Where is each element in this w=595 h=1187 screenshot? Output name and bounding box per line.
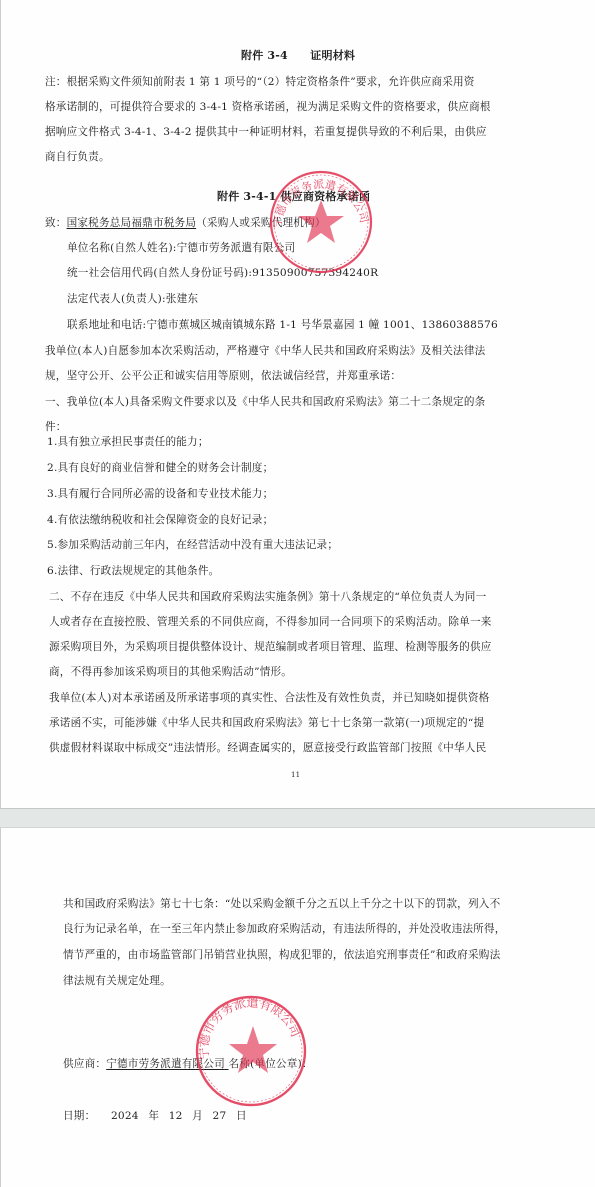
supplier-signature-line: 供应商：宁德市劳务派遣有限公司 名称(单位公章)：: [63, 1057, 313, 1071]
recipient-line: 致：国家税务总局福鼎市税务局（采购人或采购代理机构）: [45, 216, 326, 230]
section-1-line: 件：: [45, 420, 67, 434]
recipient-name: 国家税务总局福鼎市税务局: [67, 217, 197, 229]
condition-item: 1.具有独立承担民事责任的能力；: [47, 435, 209, 449]
legal-representative-field: 法定代表人(负责人):张建东: [67, 292, 198, 306]
closing-line: 我单位(本人)对本承诺函及所承诺事项的真实性、合法性及有效性负责，并已知晓如提供…: [49, 691, 489, 705]
attachment-heading: 附件 3-4 证明材料: [241, 49, 355, 63]
continuation-line: 情节严重的，由市场监管部门吊销营业执照，构成犯罪的，依法追究刑事责任”和政府采购…: [63, 948, 500, 962]
credit-code-field: 统一社会信用代码(自然人身份证号码):91350900757394240R: [67, 266, 378, 280]
svg-text:宁德市劳务派遣有限公司: 宁德市劳务派遣有限公司: [197, 995, 303, 1060]
date-day-unit: 日: [236, 1110, 247, 1122]
section-1-line: 一、我单位(本人)具备采购文件要求以及《中华人民共和国政府采购法》第二十二条规定…: [45, 395, 485, 409]
commitment-letter-heading: 附件 3-4-1 供应商资格承诺函: [217, 190, 370, 204]
condition-item: 2.具有良好的商业信誉和健全的财务会计制度；: [47, 461, 273, 475]
date-year: 2024: [111, 1110, 139, 1122]
supplier-name: 宁德市劳务派遣有限公司: [106, 1058, 225, 1070]
closing-line: 承诺函不实，可能涉嫌《中华人民共和国政府采购法》第七十七条第一款第(一)项规定的…: [49, 716, 484, 730]
condition-item: 4.有依法缴纳税收和社会保障资金的良好记录；: [47, 513, 273, 527]
section-2-line: 二、不存在违反《中华人民共和国政府采购法实施条例》第十八条规定的“单位负责人为同…: [49, 590, 486, 604]
continuation-line: 共和国政府采购法》第七十七条：“处以采购金额千分之五以上千分之十以下的罚款，列入…: [63, 897, 500, 911]
continuation-line: 律法规有关规定处理。: [63, 974, 171, 988]
document-page-1: 附件 3-4 证明材料 注：根据采购文件须知前附表 1 第 1 项号的“（2）特…: [0, 0, 595, 809]
note-line: 商自行负责。: [45, 150, 110, 164]
note-line: 注：根据采购文件须知前附表 1 第 1 项号的“（2）特定资格条件”要求，允许供…: [45, 75, 475, 89]
contact-field: 联系地址和电话:宁德市蕉城区城南镇城东路 1-1 号华景嘉园 1 幢 1001、…: [67, 318, 498, 332]
recipient-suffix: （采购人或采购代理机构）: [196, 217, 326, 229]
note-line: 格承诺制的，可提供符合要求的 3-4-1 资格承诺函，视为满足采购文件的资格要求…: [45, 100, 491, 114]
company-seal-stamp-icon: 宁德市劳务派遣有限公司: [193, 993, 309, 1109]
date-month-unit: 月: [192, 1110, 203, 1122]
condition-item: 5.参加采购活动前三年内，在经营活动中没有重大违法记录；: [47, 538, 338, 552]
date-line: 日期： 2024 年 12 月 27 日: [63, 1109, 247, 1123]
supplier-seal-label: 名称(单位公章)：: [229, 1058, 313, 1070]
date-year-unit: 年: [148, 1110, 159, 1122]
section-2-line: 源采购项目外，为采购项目提供整体设计、规范编制或者项目管理、监理、检测等服务的供…: [49, 640, 492, 654]
closing-line: 供虚假材料谋取中标成交”违法情形。经调查属实的，愿意接受行政监管部门按照《中华人…: [49, 741, 486, 755]
date-label: 日期：: [63, 1110, 95, 1122]
intro-line: 规，坚守公开、公平公正和诚实信用等原则，依法诚信经营，并郑重承诺：: [45, 369, 401, 383]
continuation-line: 良行为记录名单，在一至三年内禁止参加政府采购活动，有违法所得的，并处没收违法所得…: [63, 922, 506, 936]
condition-item: 6.法律、行政法规规定的其他条件。: [47, 564, 219, 578]
intro-line: 我单位(本人)自愿参加本次采购活动，严格遵守《中华人民共和国政府采购法》及相关法…: [45, 344, 485, 358]
note-line: 据响应文件格式 3-4-1、3-4-2 提供其中一种证明材料，若重复提供导致的不…: [45, 125, 487, 139]
date-day: 27: [213, 1110, 227, 1122]
company-name-field: 单位名称(自然人姓名):宁德市劳务派遣有限公司: [67, 241, 295, 255]
document-page-2: 共和国政府采购法》第七十七条：“处以采购金额千分之五以上千分之十以下的罚款，列入…: [0, 827, 595, 1187]
page-number: 11: [291, 768, 300, 782]
recipient-prefix: 致：: [45, 217, 67, 229]
date-month: 12: [169, 1110, 183, 1122]
condition-item: 3.具有履行合同所必需的设备和专业技术能力；: [47, 487, 273, 501]
section-2-line: 人或者存在直接控股、管理关系的不同供应商，不得参加同一合同项下的采购活动。除单一…: [49, 615, 492, 629]
section-2-line: 商，不得再参加该采购项目的其他采购活动”情形。: [49, 665, 292, 679]
supplier-label: 供应商：: [63, 1058, 106, 1070]
